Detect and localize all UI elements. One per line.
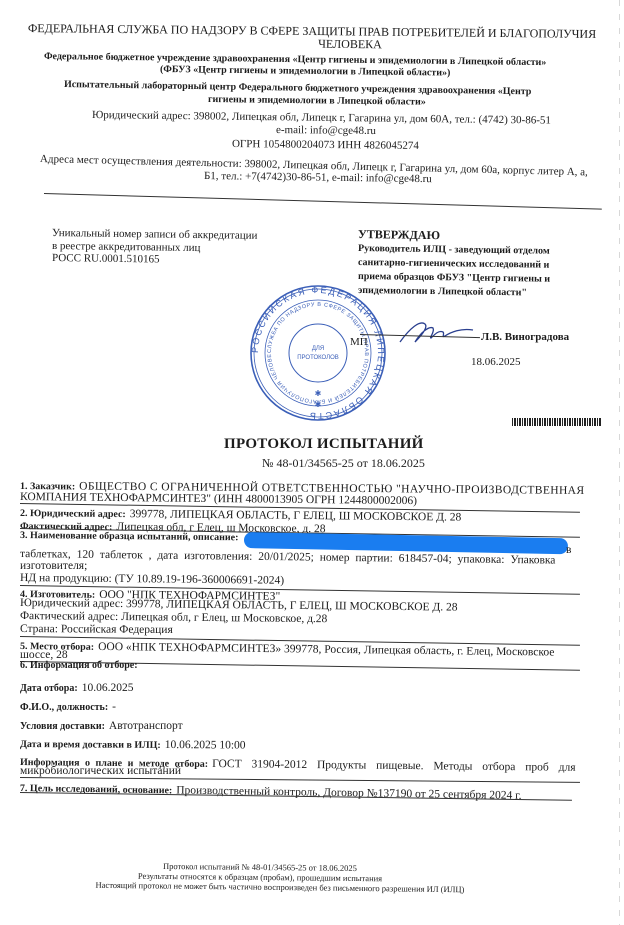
header-divider	[44, 193, 602, 210]
sampling-date-value: 10.06.2025	[82, 682, 134, 694]
mfr-country: Страна: Российская Федерация	[20, 623, 173, 636]
signer-name: Л.В. Виноградова	[481, 331, 569, 343]
protocol-number: № 48-01/34565-25 от 18.06.2025	[262, 456, 425, 471]
scan-edge	[619, 0, 620, 925]
person-value: -	[112, 701, 116, 713]
purpose-row: 7. Цель исследований, основание: Произво…	[20, 778, 522, 804]
person-label: Ф.И.О., должность:	[20, 702, 108, 713]
approval-date: 18.06.2025	[471, 356, 521, 368]
sample-label: 3. Наименование образца испытаний, описа…	[20, 530, 239, 543]
document-page: ФЕДЕРАЛЬНАЯ СЛУЖБА ПО НАДЗОРУ В СФЕРЕ ЗА…	[0, 0, 624, 925]
lab-line-2: гигиены и эпидемиологии в Липецкой облас…	[208, 94, 426, 108]
sample-line-3: изготовителя;	[20, 560, 87, 572]
activity-address-line-2: Б1, тел.: +7(4742)30-86-51, e-mail: info…	[204, 170, 432, 185]
delivery-value: Автотранспорт	[109, 720, 183, 732]
email: e-mail: info@cge48.ru	[276, 124, 376, 137]
accreditation-number: РОСС RU.0001.510165	[52, 252, 160, 266]
plan-value-line-1: ГОСТ 31904-2012 Продукты пищевые. Методы…	[212, 758, 575, 774]
plan-value-line-2: микробиологических испытаний	[20, 765, 181, 777]
protocol-title: ПРОТОКОЛ ИСПЫТАНИЙ	[224, 436, 424, 453]
stamp-center-line-2: ПРОТОКОЛОВ	[297, 355, 339, 361]
delivery-datetime-label: Дата и время доставки в ИЛЦ:	[20, 739, 161, 751]
approval-line-1: Руководитель ИЛЦ - заведующий отделом	[358, 243, 550, 257]
agency-line-2: ЧЕЛОВЕКА	[260, 36, 440, 53]
approval-line-2: санитарно-гигиенических исследований и	[358, 257, 549, 271]
sampling-info-label: 6. Информация об отборе:	[20, 660, 138, 671]
delivery-datetime-value: 10.06.2025 10:00	[165, 739, 246, 752]
svg-text:✱: ✱	[315, 389, 322, 398]
ogrn-inn: ОГРН 1054800204073 ИНН 4826045274	[232, 138, 419, 152]
sampling-date-row: Дата отбора: 10.06.2025	[20, 678, 133, 696]
approval-title: УТВЕРЖДАЮ	[358, 227, 440, 243]
delivery-label: Условия доставки:	[20, 721, 105, 732]
stamp-center-line-1: ДЛЯ	[312, 346, 324, 352]
svg-text:✱: ✱	[315, 400, 322, 409]
org-line-2: (ФБУЗ «Центр гигиены и эпидемиологии в Л…	[160, 64, 450, 79]
signature	[395, 318, 475, 348]
delivery-datetime-row: Дата и время доставки в ИЛЦ: 10.06.2025 …	[20, 734, 246, 754]
delivery-row: Условия доставки: Автотранспорт	[20, 716, 183, 734]
sampling-date-label: Дата отбора:	[20, 683, 78, 694]
person-row: Ф.И.О., должность: -	[20, 697, 116, 715]
sampling-place-value-line-1: ООО «НПК ТЕХНОФАРМСИНТЕЗ» 399778, Россия…	[98, 641, 554, 659]
mp-label: МП	[350, 336, 368, 348]
barcode	[512, 418, 602, 426]
sampling-place-row: 5. Место отбора: ООО «НПК ТЕХНОФАРМСИНТЕ…	[20, 636, 555, 661]
official-stamp: РОССИЙСКАЯ ФЕДЕРАЦИЯ ЛИПЕЦКАЯ ОБЛАСТЬ СЛ…	[248, 283, 388, 423]
